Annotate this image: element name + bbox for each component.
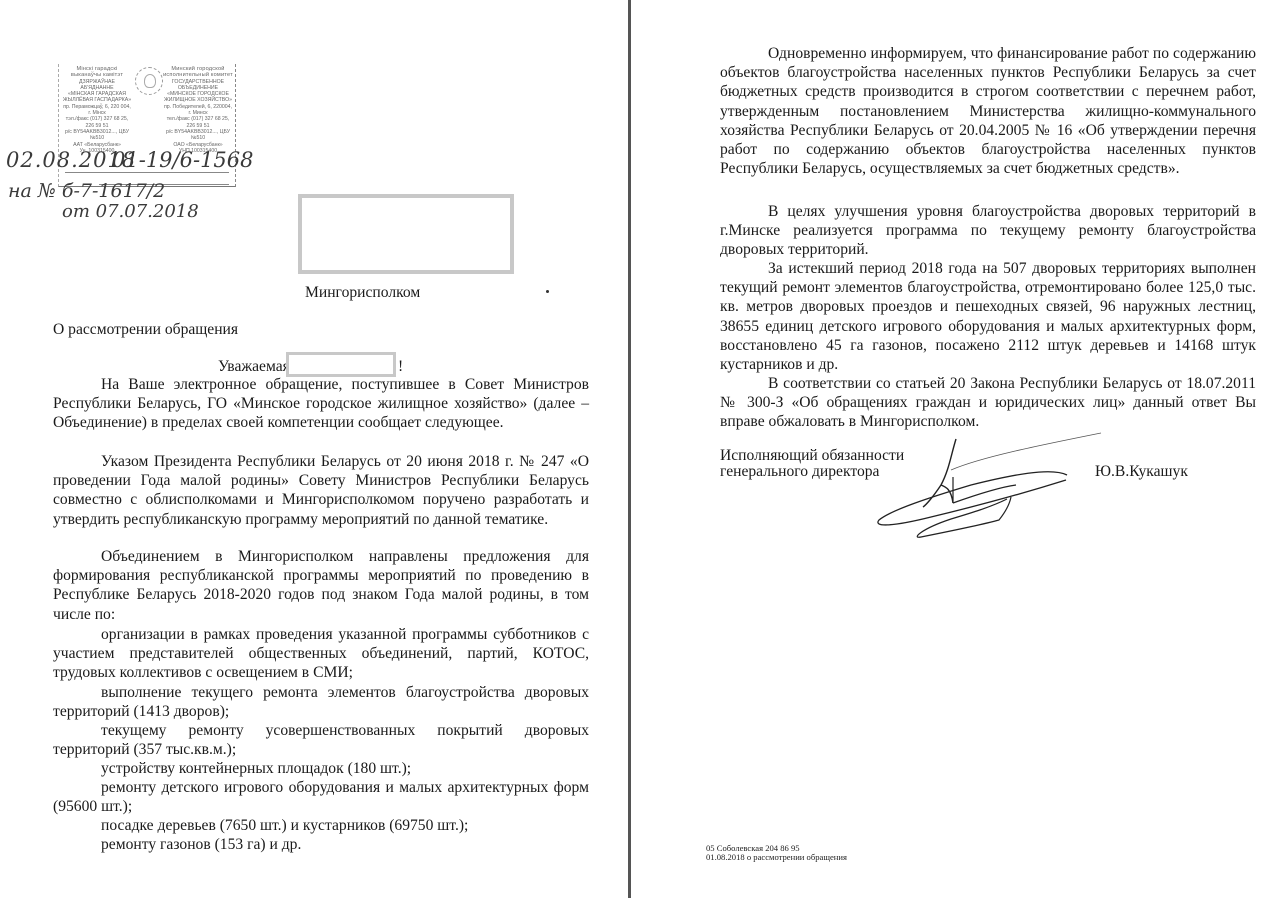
list-item-surface-repair: текущему ремонту усовершенствованных пок… [53,721,589,759]
paragraph-financing: Одновременно информируем, что финансиров… [720,44,1256,178]
redacted-recipient-name [286,352,396,377]
list-item-yard-repair: выполнение текущего ремонта элементов бл… [53,683,589,721]
paragraph-intro: На Ваше электронное обращение, поступивш… [53,375,589,433]
list-item-playground-repair: ремонту детского игрового оборудования и… [53,778,589,816]
paragraph-proposals: Объединением в Мингорисполком направлены… [53,547,589,624]
scan-speck [546,290,549,293]
letter-page-2: Одновременно информируем, что финансиров… [631,0,1280,898]
greeting-suffix: ! [398,357,403,376]
list-item-lawn-repair: ремонту газонов (153 га) и др. [53,835,589,854]
list-item-tree-planting: посадке деревьев (7650 шт.) и кустарнико… [53,816,589,835]
greeting-prefix: Уважаемая [218,357,290,376]
signatory-title-line2: генерального директора [720,462,879,481]
stamp-left-column: Мінскі гарадскі выканаўчы камітэт ДЗЯРЖА… [62,66,132,154]
list-item-subbotniks: организации в рамках проведения указанно… [53,625,589,683]
paragraph-results-2018: За истекший период 2018 года на 507 двор… [720,259,1256,374]
stamp-date-line [65,172,229,173]
stamp-right-column: Минский городской исполнительный комитет… [163,66,233,154]
list-item-container-sites: устройству контейнерных площадок (180 шт… [53,759,589,778]
letter-subject: О рассмотрении обращения [53,320,238,339]
letter-page-1: Мінскі гарадскі выканаўчы камітэт ДЗЯРЖА… [0,0,628,898]
addressee: Мингорисполком [305,283,420,302]
paragraph-program: В целях улучшения уровня благоустройства… [720,202,1256,260]
signature-icon [871,425,1111,545]
footer-file-reference: 01.08.2018 о рассмотрении обращения [706,852,847,862]
handwritten-outgoing-number: 01-19/6-1568 [112,148,254,172]
state-emblem-icon [135,67,163,95]
paragraph-appeal-right: В соответствии со статьей 20 Закона Респ… [720,374,1256,432]
redacted-address-block [298,194,514,274]
paragraph-decree: Указом Президента Республики Беларусь от… [53,452,589,529]
handwritten-reference-date: от 07.07.2018 [62,201,199,222]
handwritten-reference-number: на № б-7-1617/2 [8,180,165,202]
